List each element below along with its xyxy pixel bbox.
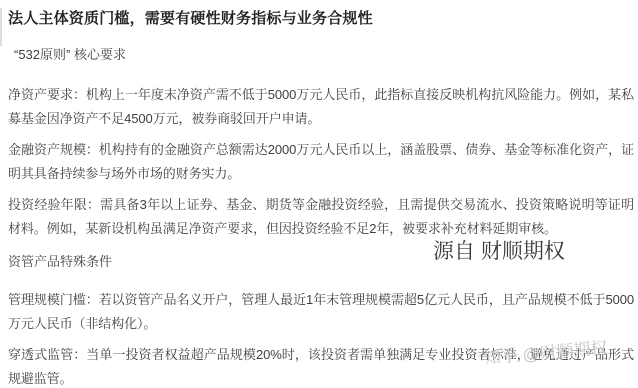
paragraph-investment-experience: 投资经验年限：需具备3年以上证券、基金、期货等金融投资经验，且需提供交易流水、投… xyxy=(8,193,634,241)
watermark-source-label: 源自 财顺期权 xyxy=(433,240,565,264)
paragraph-management-scale: 管理规模门槛：若以资管产品名义开户，管理人最近1年末管理规模需超5亿元人民币，且… xyxy=(8,288,634,336)
left-edge-divider xyxy=(0,8,2,46)
paragraph-financial-assets: 金融资产规模：机构持有的金融资产总额需达2000万元人民币以上，涵盖股票、债券、… xyxy=(8,138,634,186)
article-content: 法人主体资质门槛，需要有硬性财务指标与业务合规性 “532原则” 核心要求 净资… xyxy=(0,0,638,388)
article-subtitle: “532原则” 核心要求 xyxy=(8,45,634,65)
article-title: 法人主体资质门槛，需要有硬性财务指标与业务合规性 xyxy=(8,9,634,29)
paragraph-net-assets: 净资产要求：机构上一年度末净资产需不低于5000万元人民币，此指标直接反映机构抗… xyxy=(8,83,634,131)
article-page: 法人主体资质门槛，需要有硬性财务指标与业务合规性 “532原则” 核心要求 净资… xyxy=(0,0,638,388)
